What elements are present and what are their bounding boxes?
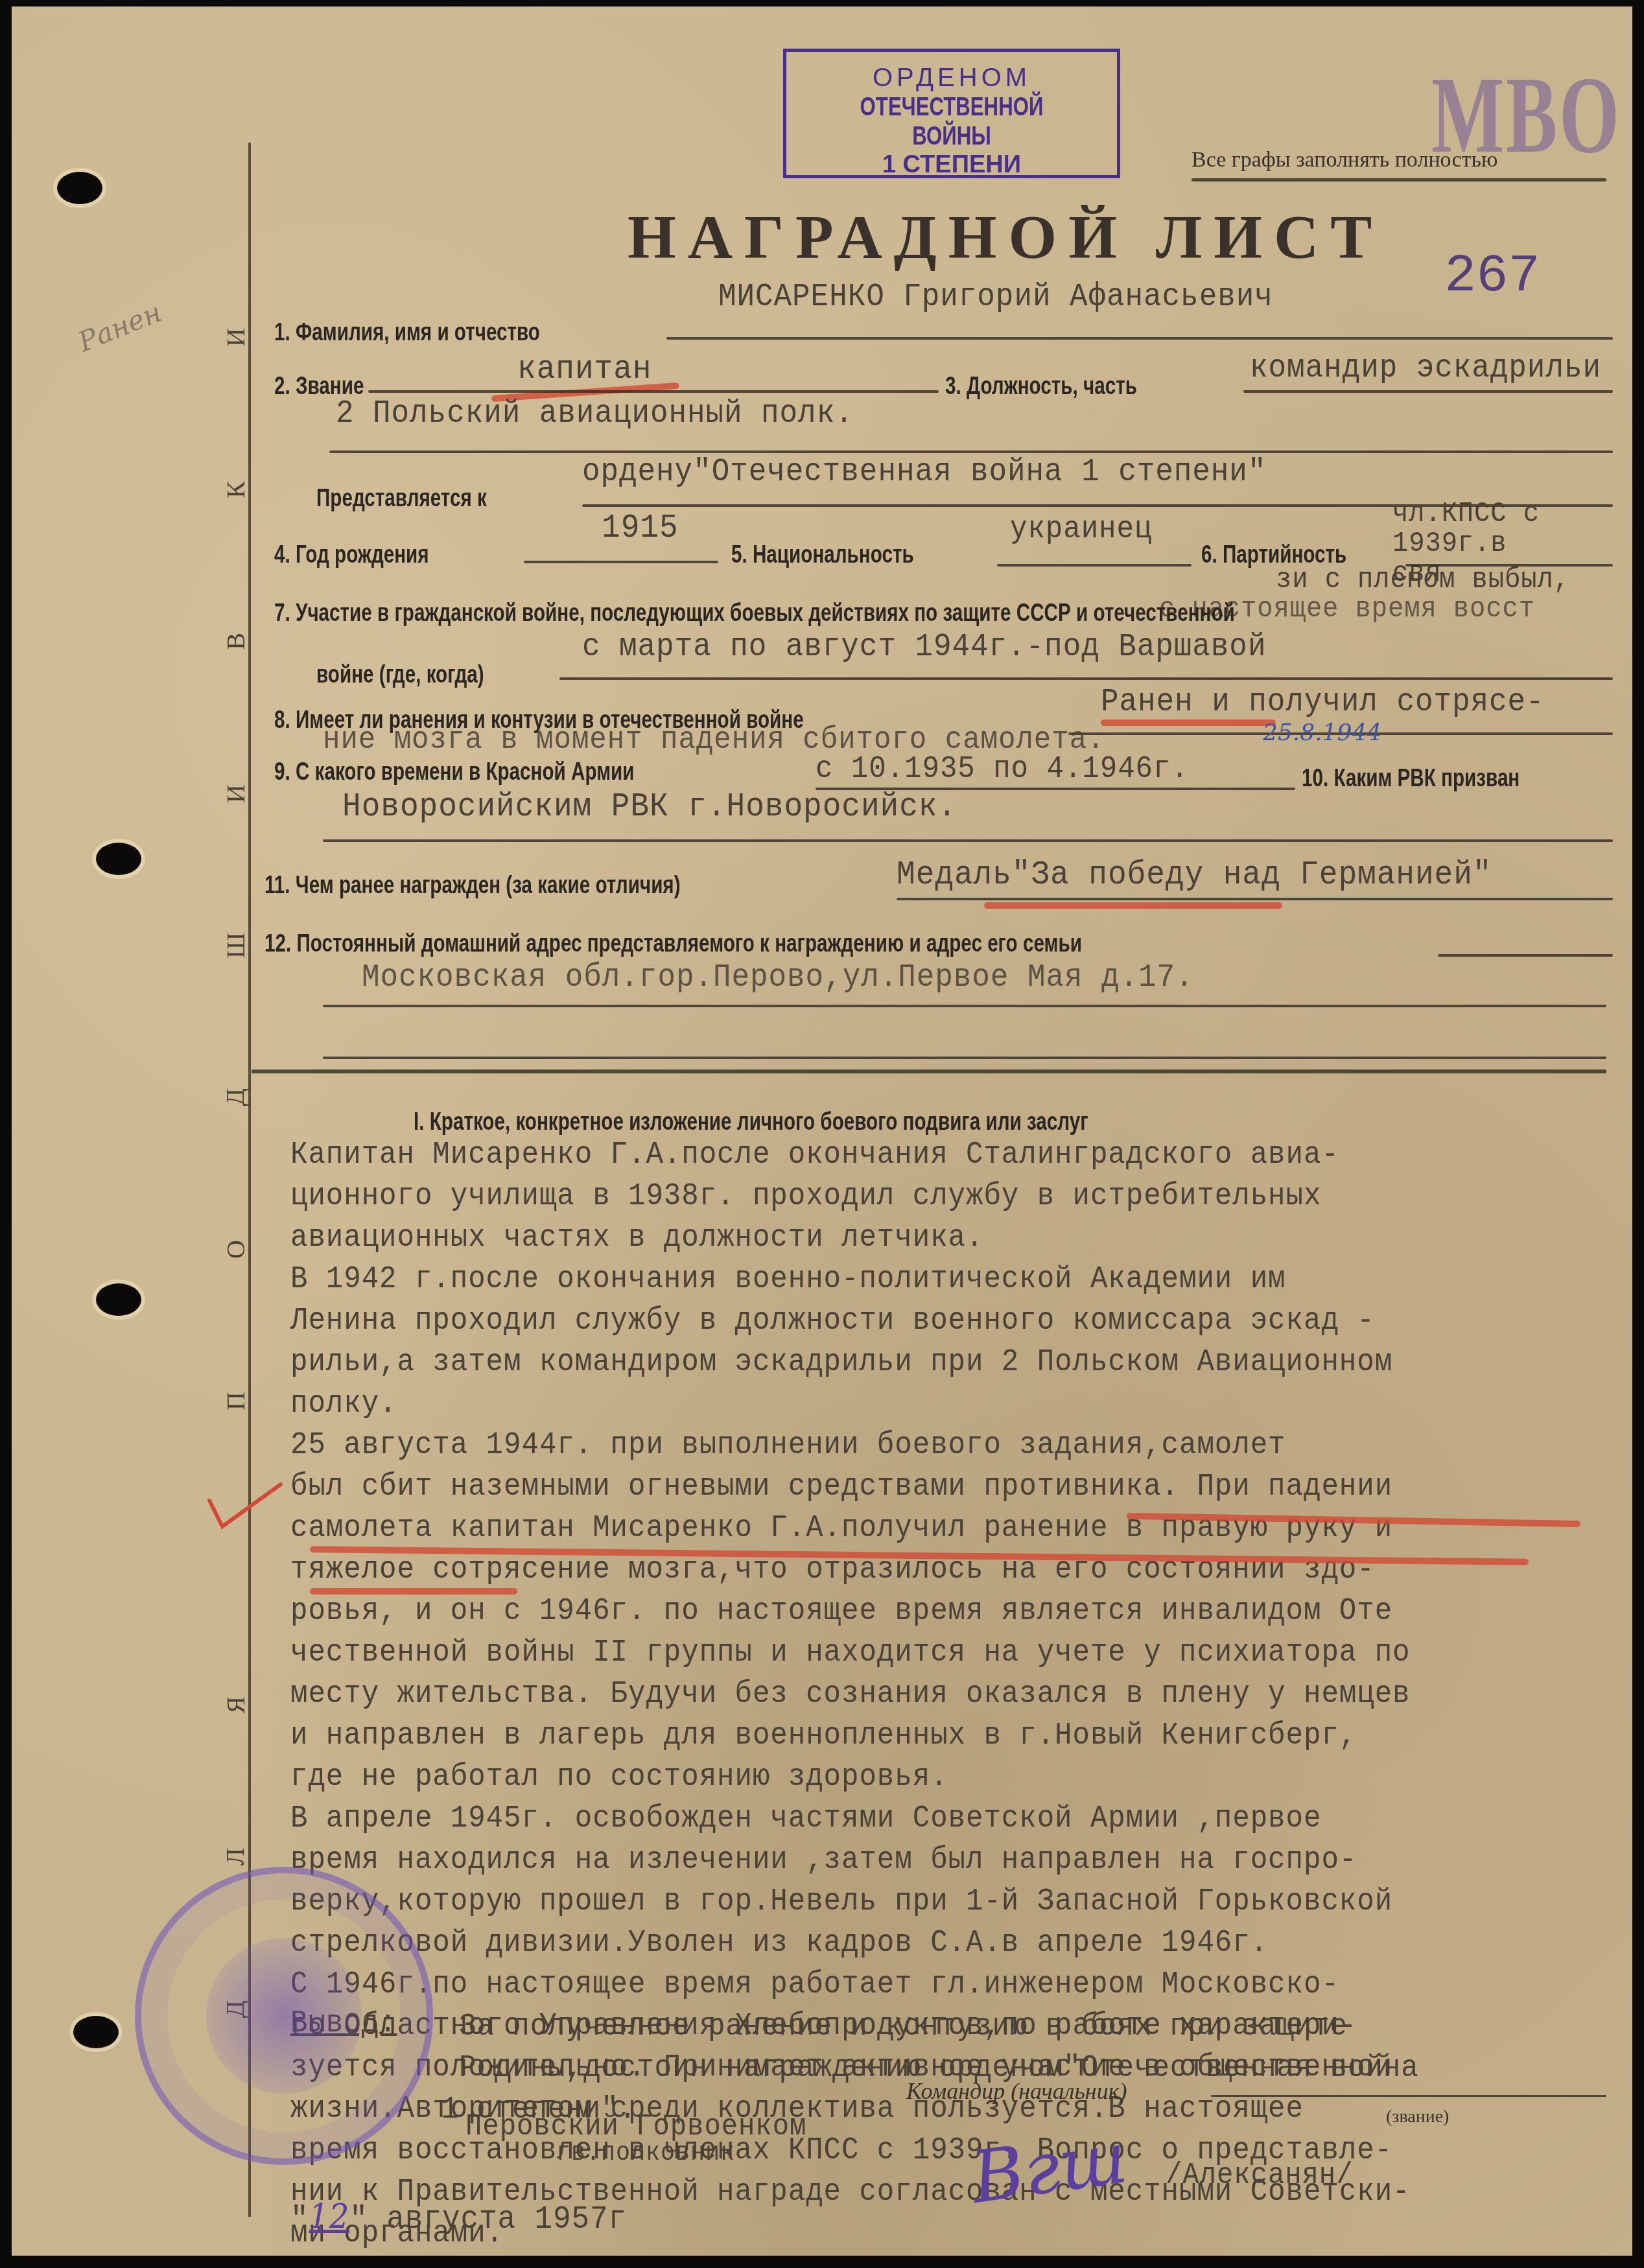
field-12-line-2 xyxy=(323,1005,1606,1007)
field-11-value: Медаль"За победу над Германией" xyxy=(897,856,1492,894)
body-line: авиационных частях в должности летчика. xyxy=(290,1217,1410,1259)
field-4-value: 1915 xyxy=(602,509,679,547)
body-line: В апреле 1945г. освобожден частями Совет… xyxy=(290,1798,1410,1840)
field-12-value: Московская обл.гор.Перово,ул.Первое Мая … xyxy=(362,959,1194,996)
field-10-label: 10. Каким РВК призван xyxy=(1302,765,1520,793)
red-check-mark-icon xyxy=(206,1481,284,1533)
award-stamp-line2: ОТЕЧЕСТВЕННОЙ ВОЙНЫ xyxy=(823,93,1081,151)
field-5-value: украинец xyxy=(1010,512,1152,547)
margin-vertical-text: ДЛЯ ПОДШИВКИ xyxy=(216,201,255,2145)
field-9-label: 9. С какого времени в Красной Армии xyxy=(274,758,635,786)
body-line: был сбит наземными огневыми средствами п… xyxy=(290,1466,1410,1508)
award-stamp-line3: 1 СТЕПЕНИ xyxy=(786,151,1117,179)
body-line: В 1942 г.после окончания военно-политиче… xyxy=(290,1259,1410,1300)
red-pencil-mark xyxy=(1101,719,1276,726)
field-12-label: 12. Постоянный домашний адрес представля… xyxy=(264,930,1082,958)
field-11-line xyxy=(897,898,1613,900)
red-pencil-underline xyxy=(310,1588,517,1595)
field-8-value: Ранен и получил сотрясе- xyxy=(1101,684,1545,721)
body-line: Капитан Мисаренко Г.А.после окончания Ст… xyxy=(290,1134,1410,1176)
award-sheet-page: ДЛЯ ПОДШИВКИ Ранен ОРДЕНОМ ОТЕЧЕСТВЕННОЙ… xyxy=(12,6,1632,2256)
field-2-line xyxy=(368,390,939,393)
field-12-line xyxy=(1438,954,1613,957)
signer-name: /Алексанян/ xyxy=(1166,2158,1353,2192)
rank-caption: (звание) xyxy=(1386,2107,1449,2127)
instruction-underline xyxy=(1192,178,1606,181)
punch-hole xyxy=(96,843,141,875)
sheet-number: 267 xyxy=(1444,246,1540,307)
field-7-label-cont: войне (где, когда) xyxy=(316,661,484,689)
date-day: 12 xyxy=(309,2197,350,2236)
commander-line xyxy=(1211,2095,1606,2097)
field-3-line-2 xyxy=(329,450,1613,453)
date-line: "12" августа 1957г xyxy=(290,2197,627,2238)
date-rest: августа 1957г xyxy=(386,2201,627,2238)
page-title: НАГРАДНОЙ ЛИСТ xyxy=(628,201,1383,273)
instruction-text: Все графы заполнять полностью xyxy=(1192,148,1497,172)
award-stamp: ОРДЕНОМ ОТЕЧЕСТВЕННОЙ ВОЙНЫ 1 СТЕПЕНИ xyxy=(783,49,1120,178)
field-11-label: 11. Чем ранее награжден (за какие отличи… xyxy=(264,872,681,900)
field-9-value: с 10.1935 по 4.1946г. xyxy=(816,752,1189,787)
field-7-label: 7. Участие в гражданской войне, последую… xyxy=(274,600,1235,627)
body-line: стрелковой дивизии.Уволен из кадров С.А.… xyxy=(290,1923,1410,1964)
field-4-label: 4. Год рождения xyxy=(274,541,429,569)
field-3-value: командир эскадрильи xyxy=(1250,350,1601,387)
field-4-line xyxy=(524,561,718,563)
punch-hole xyxy=(57,172,102,204)
body-line: где не работал по состоянию здоровья. xyxy=(290,1757,1410,1798)
conclusion-line: За полученное ранение и контузию в боях … xyxy=(459,2006,1419,2048)
field-10-line xyxy=(323,839,1613,842)
presented-value: ордену"Отечественная война 1 степени" xyxy=(582,454,1266,491)
field-1-label: 1. Фамилия, имя и отчество xyxy=(274,319,540,347)
body-line: рильи,а затем командиром эскадрильи при … xyxy=(290,1342,1410,1383)
body-line: месту жительства. Будучи без сознания ок… xyxy=(290,1674,1410,1715)
field-8-handwritten-date: 25.8.1944 xyxy=(1263,719,1381,746)
punch-hole xyxy=(96,1283,141,1316)
body-line: полку. xyxy=(290,1383,1410,1425)
body-line: ровья, и он с 1946г. по настоящее время … xyxy=(290,1591,1410,1632)
red-pencil-mark xyxy=(984,902,1282,909)
award-stamp-line1: ОРДЕНОМ xyxy=(786,64,1117,93)
field-1-line xyxy=(666,337,1613,340)
org-line-2: гв.полковник xyxy=(556,2139,735,2168)
commander-label: Командир (начальник) xyxy=(906,2077,1127,2105)
body-line: самолета капитан Мисаренко Г.А.получил р… xyxy=(290,1508,1410,1549)
punch-hole xyxy=(73,2016,119,2048)
body-line: время находился на излечении ,затем был … xyxy=(290,1840,1410,1881)
section-heading: I. Краткое, конкретное изложение личного… xyxy=(414,1108,1088,1136)
field-3-line xyxy=(1243,390,1613,393)
field-5-line xyxy=(997,564,1192,567)
field-12-line-3 xyxy=(323,1057,1606,1059)
field-1-value: МИСАРЕНКО Григорий Афанасьевич xyxy=(718,279,1273,316)
field-10-value: Новоросийским РВК г.Новоросийск. xyxy=(342,788,957,826)
field-7-line xyxy=(559,677,1613,680)
body-line: и направлен в лагерь для военнопленных в… xyxy=(290,1715,1410,1757)
round-seal-stamp xyxy=(135,1867,433,2165)
field-6-value-cont: зи с пленом выбыл, xyxy=(1276,564,1570,596)
body-line: ционного училища в 1938г. проходил служб… xyxy=(290,1176,1410,1217)
presented-label: Представляется к xyxy=(316,485,487,513)
body-line: С 1946г.по настоящее время работает гл.и… xyxy=(290,1964,1410,2005)
section-divider xyxy=(252,1070,1606,1073)
field-2-value: капитан xyxy=(517,350,652,388)
margin-pencil-note: Ранен xyxy=(74,296,166,358)
field-3-label: 3. Должность, часть xyxy=(945,373,1137,401)
body-line: 25 августа 1944г. при выполнении боевого… xyxy=(290,1425,1410,1466)
body-line: верку,которую прошел в гор.Невель при 1-… xyxy=(290,1881,1410,1923)
field-5-label: 5. Национальность xyxy=(731,541,914,569)
field-7-value: с марта по август 1944г.-под Варшавой xyxy=(582,629,1266,666)
field-3-value-cont: 2 Польский авиационный полк. xyxy=(336,395,854,432)
body-line: Ленина проходил службу в должности военн… xyxy=(290,1300,1410,1342)
body-line: чественной войны II группы и находится н… xyxy=(290,1632,1410,1674)
